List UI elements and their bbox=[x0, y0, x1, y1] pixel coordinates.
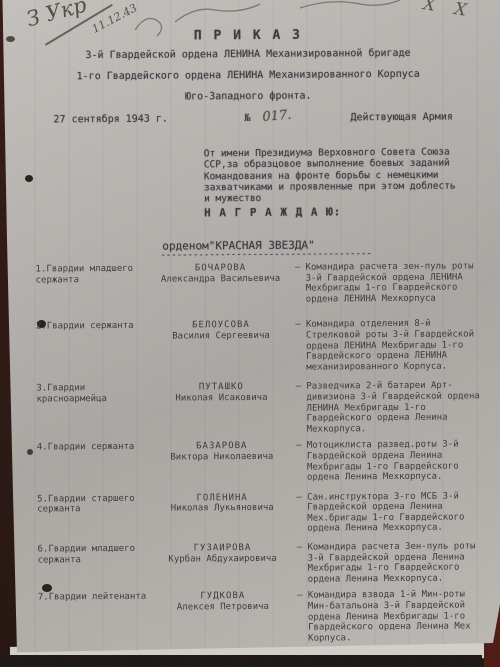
army-designation: Действующая Армия bbox=[350, 112, 452, 124]
awardee-name: БЕЛОУСОВАВасилия Сергеевича bbox=[152, 320, 290, 342]
awardee-name: ГУЗАИРОВАКурбан Абдухаировича bbox=[153, 543, 291, 565]
award-order-underline: --------------------------------------- bbox=[160, 249, 371, 260]
awardee-name: БАЗАРОВАВиктора Николаевича bbox=[153, 441, 291, 463]
document-text-layer: П Р И К А З 3-й Гвардейской ордена ЛЕНИН… bbox=[0, 0, 500, 667]
order-number-label: № bbox=[244, 113, 250, 124]
awardee-row: 5.Гвардии старшего сержанта ГОЛЕНИНАНико… bbox=[37, 491, 489, 537]
separator-dash: — bbox=[291, 441, 307, 452]
awardee-position: Командира взвода 1-й Мин-роты Мин-баталь… bbox=[308, 590, 490, 644]
awardee-rank: 3.Гвардии красноармейца bbox=[36, 383, 152, 405]
order-date: 27 сентября 1943 г. bbox=[53, 114, 167, 126]
awardee-name: ГУДКОВААлексея Петровича bbox=[154, 591, 292, 613]
order-preamble: От имени Президиума Верховного Совета Со… bbox=[204, 147, 462, 205]
order-number-value: 017. bbox=[262, 108, 292, 125]
awardee-list: 1.Гвардии младшего сержанта БОЧАРОВААлек… bbox=[36, 261, 491, 646]
awardee-position: Командира расчета Зен-пуль роты 3-й Гвар… bbox=[307, 541, 489, 585]
order-recipient-line-1: 3-й Гвардейской ордена ЛЕНИНА Механизиро… bbox=[0, 47, 498, 61]
awardee-row: 4.Гвардии сержанта БАЗАРОВАВиктора Никол… bbox=[37, 440, 489, 486]
awardee-rank: 1.Гвардии младшего сержанта bbox=[36, 264, 152, 286]
separator-dash: — bbox=[292, 591, 308, 602]
awardee-position: Командира отделения 8-й Стрелковой роты … bbox=[306, 319, 488, 373]
separator-dash: — bbox=[290, 263, 306, 274]
awardee-row: 2.Гвардии сержанта БЕЛОУСОВАВасилия Серг… bbox=[36, 319, 488, 375]
awardee-rank: 7.Гвардии лейтенанта bbox=[38, 592, 154, 603]
separator-dash: — bbox=[290, 382, 306, 393]
award-declaration: Н А Г Р А Ж Д А Ю: bbox=[204, 205, 341, 219]
awardee-row: 3.Гвардии красноармейца ПУТАШКОНиколая И… bbox=[36, 381, 488, 437]
awardee-row: 6.Гвардии младшего сержанта ГУЗАИРОВАКур… bbox=[37, 541, 489, 587]
awardee-row: 1.Гвардии младшего сержанта БОЧАРОВААлек… bbox=[36, 261, 488, 307]
awardee-rank: 4.Гвардии сержанта bbox=[37, 442, 153, 453]
order-recipient-line-2: 1-го Гвардейского ордена ЛЕНИНА Механизи… bbox=[0, 68, 498, 82]
awardee-name: ГОЛЕНИНАНиколая Лукьяновича bbox=[153, 492, 291, 514]
awardee-position: Разведчика 2-й батареи Арт-дивизиона 3-й… bbox=[306, 381, 488, 435]
awardee-position: Сан.инструктора 3-го МСБ 3-й Гвардейской… bbox=[307, 491, 489, 535]
separator-dash: — bbox=[290, 320, 306, 331]
awardee-name: БОЧАРОВААлександра Васильевича bbox=[152, 263, 290, 285]
awardee-rank: 2.Гвардии сержанта bbox=[36, 321, 152, 332]
separator-dash: — bbox=[291, 543, 307, 554]
awardee-rank: 6.Гвардии младшего сержанта bbox=[37, 544, 153, 566]
document-photo: З Укр 11.12.43 Х Х П Р И К А З 3-й Гвард… bbox=[0, 0, 500, 667]
awardee-row: 7.Гвардии лейтенанта ГУДКОВААлексея Петр… bbox=[38, 590, 490, 646]
order-recipient-line-3: Юго-Западного фронта. bbox=[0, 89, 498, 103]
awardee-position: Командира расчета зен-пуль роты 3-й Гвар… bbox=[306, 261, 488, 305]
awardee-rank: 5.Гвардии старшего сержанта bbox=[37, 493, 153, 515]
order-title: П Р И К А З bbox=[0, 26, 498, 44]
awardee-name: ПУТАШКОНиколая Исаковича bbox=[152, 382, 290, 404]
separator-dash: — bbox=[291, 492, 307, 503]
awardee-position: Мотоциклиста развед.роты 3-й Гвардейской… bbox=[307, 440, 489, 484]
